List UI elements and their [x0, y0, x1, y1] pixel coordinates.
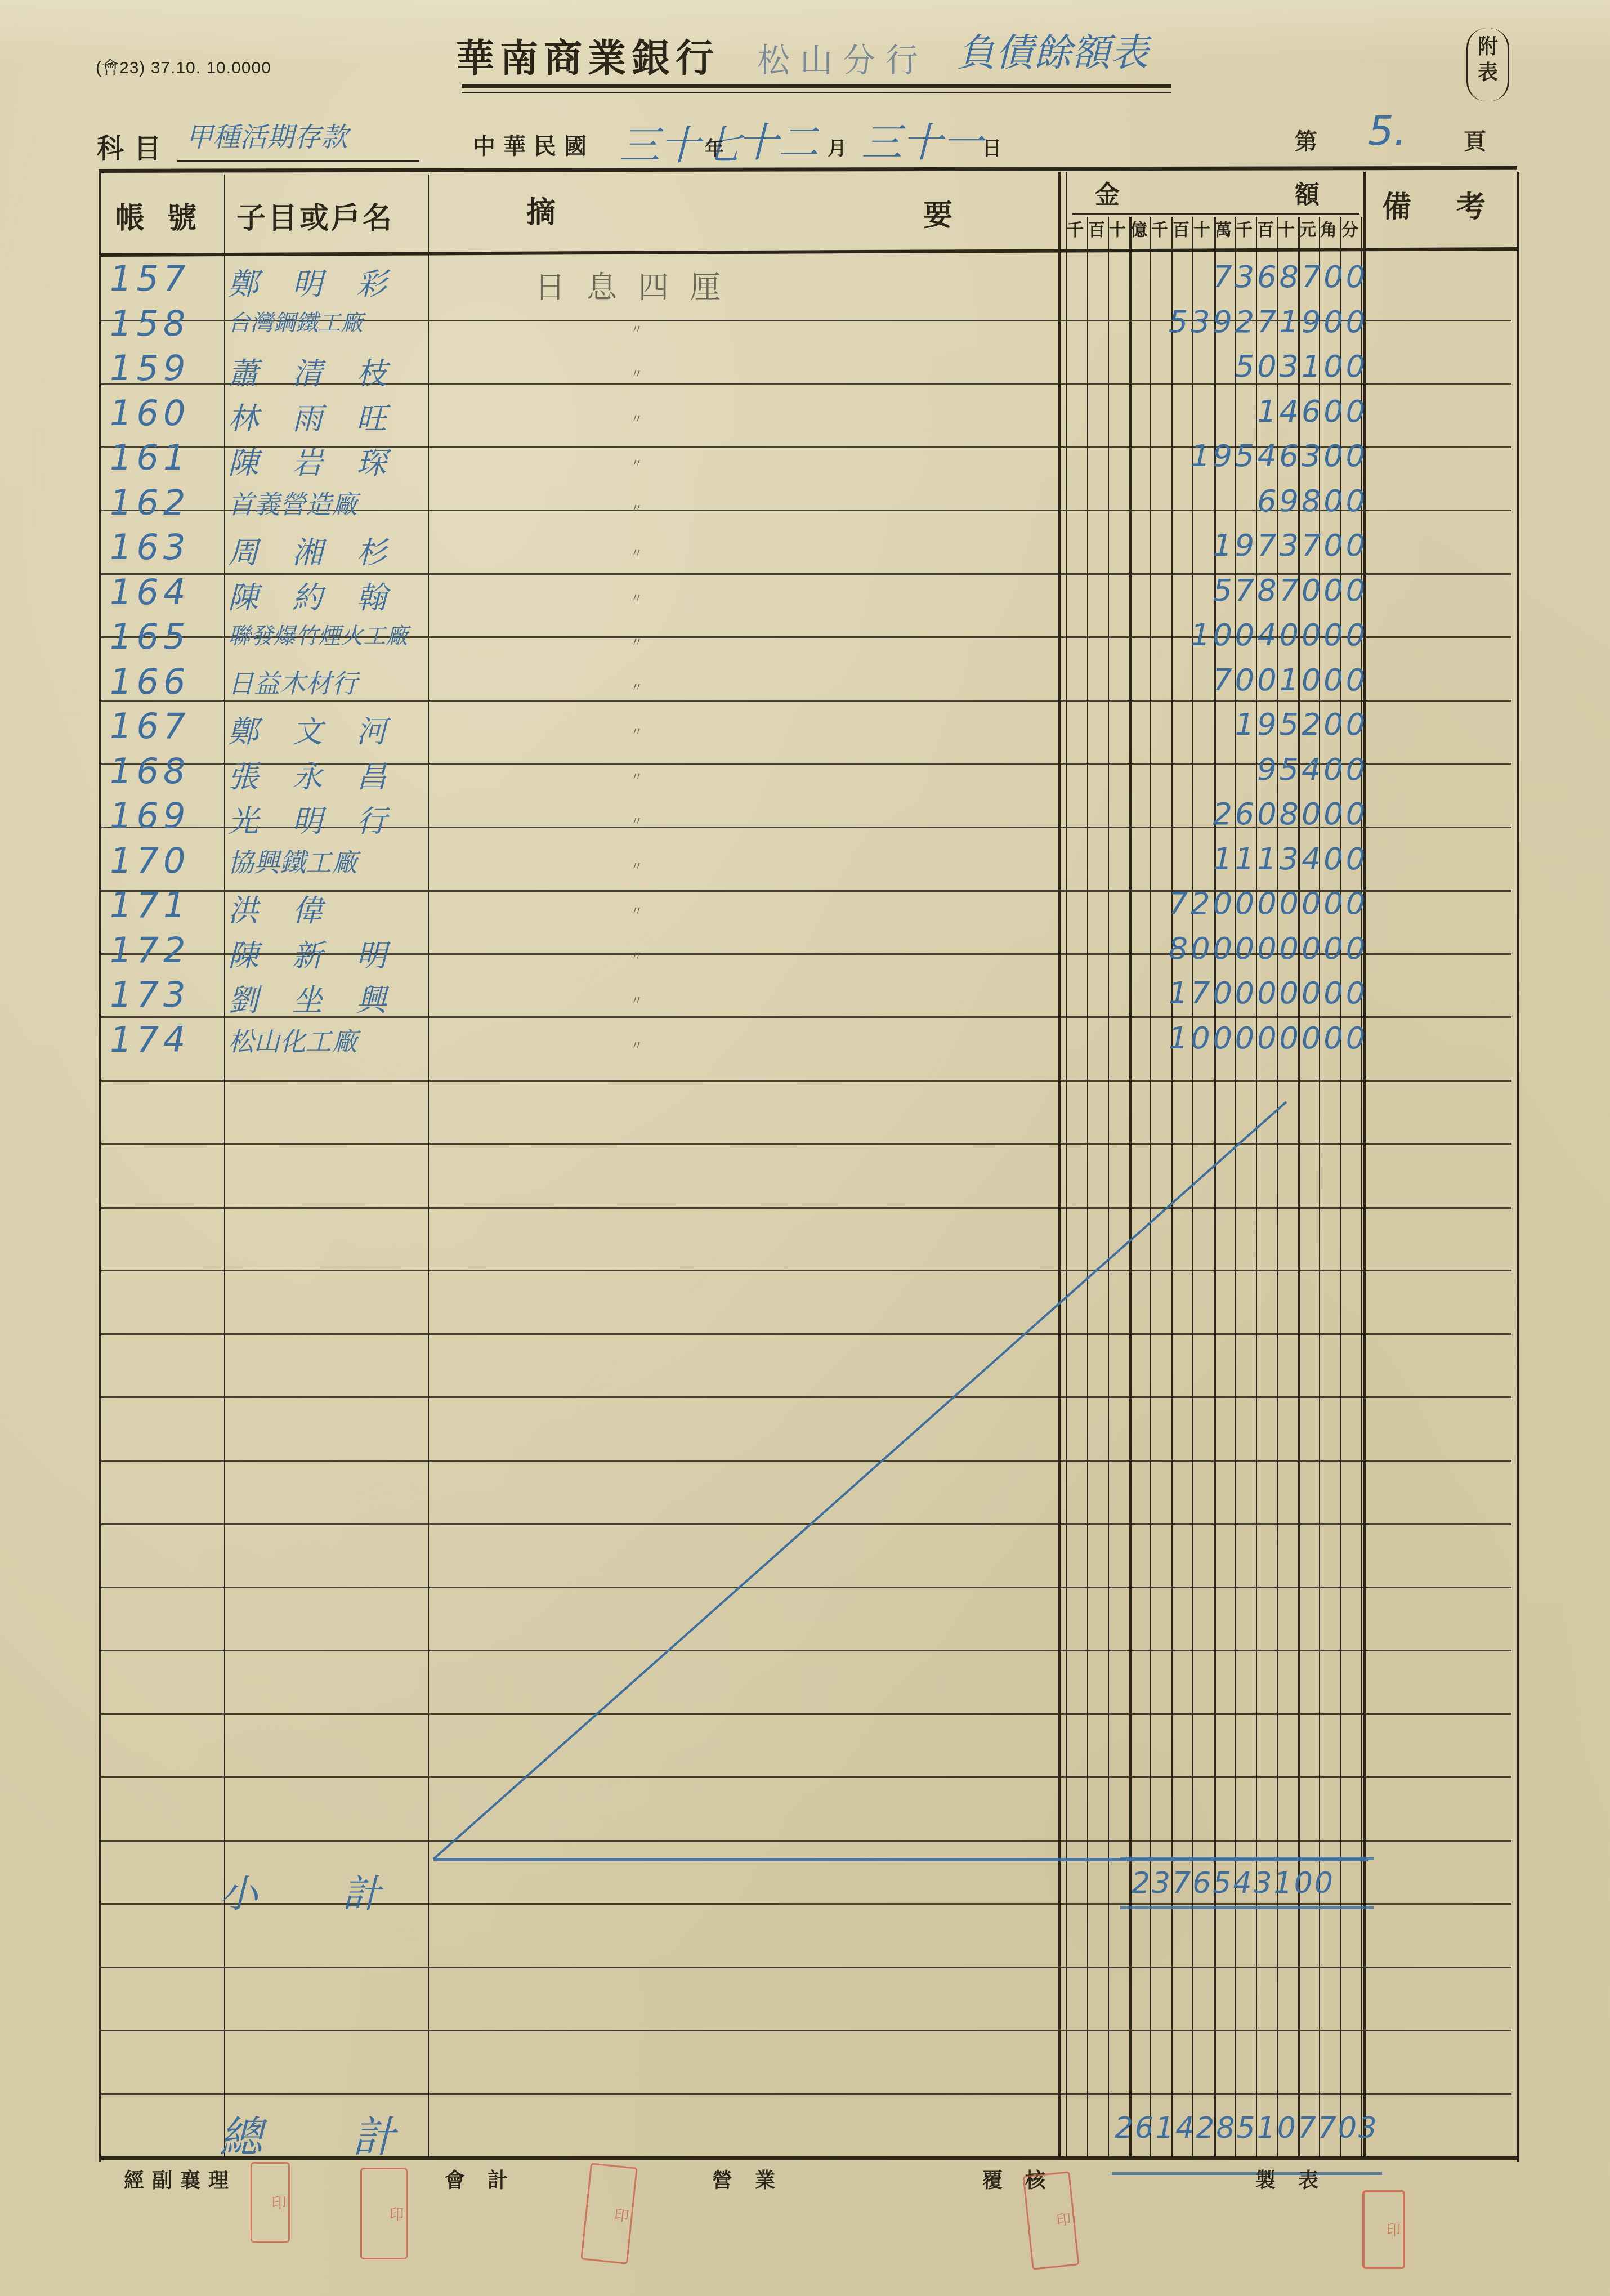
column-divider — [428, 175, 429, 2159]
amount: 10040000 — [1191, 617, 1368, 653]
bank-name: 華南商業銀行 — [456, 28, 719, 83]
subtotal-rule-top — [1120, 1857, 1374, 1860]
seal-stamp: 印 — [1022, 2171, 1079, 2270]
amount: 720000000 — [1169, 886, 1368, 921]
memo-ditto-mark: 〃 — [630, 812, 643, 829]
account-number: 157 — [110, 258, 190, 299]
amount: 14600 — [1257, 394, 1368, 429]
memo-ditto-mark: 〃 — [630, 409, 643, 427]
signoff-accounting: 會計 — [445, 2165, 530, 2194]
digit-header: 十 — [1109, 216, 1126, 240]
digit-header: 百 — [1257, 216, 1274, 240]
account-holder-name: 陳新明 — [228, 932, 421, 975]
digit-header: 億 — [1130, 216, 1147, 240]
seal-stamp: 印 — [580, 2163, 638, 2264]
date-month-unit: 月 — [828, 133, 847, 160]
memo-ditto-mark: 〃 — [630, 499, 643, 516]
digit-header: 元 — [1299, 216, 1316, 240]
account-holder-name: 首義營造廠 — [228, 484, 357, 521]
account-number: 172 — [110, 930, 190, 971]
row-line — [101, 1207, 1511, 1209]
col-header-amount-left: 金 — [1095, 175, 1120, 211]
row-line — [101, 1523, 1511, 1525]
digit-header: 十 — [1193, 216, 1210, 240]
row-line — [101, 1967, 1511, 1968]
row-line — [101, 1460, 1511, 1462]
account-holder-name: 林雨旺 — [228, 395, 421, 438]
date-prefix: 中華民國 — [473, 128, 594, 160]
column-divider — [224, 175, 225, 2159]
account-holder-name: 協興鐵工廠 — [228, 842, 357, 879]
seal-stamp: 印 — [360, 2168, 408, 2259]
account-number: 174 — [110, 1019, 190, 1060]
seal-stamp: 印 — [251, 2162, 290, 2243]
row-line — [101, 1650, 1511, 1651]
account-holder-name: 台灣鋼鐵工廠 — [228, 305, 363, 337]
account-holder-name: 鄭明彩 — [228, 260, 421, 303]
amount-header-rule — [1072, 213, 1359, 215]
date-month: 十二 — [737, 110, 819, 168]
amount: 539271900 — [1169, 304, 1368, 340]
appendix-mark: 附表 — [1466, 28, 1509, 101]
col-header-summary-right: 要 — [923, 191, 952, 234]
account-number: 164 — [110, 571, 190, 613]
account-number: 163 — [110, 526, 190, 568]
amount: 7368700 — [1213, 259, 1368, 294]
amount: 195200 — [1235, 707, 1368, 742]
seal-stamp: 印 — [1362, 2190, 1405, 2269]
digit-header: 百 — [1088, 216, 1105, 240]
account-holder-name: 洪偉 — [228, 887, 356, 930]
subject-label: 科目 — [97, 127, 171, 166]
amount: 170000000 — [1169, 975, 1368, 1011]
row-line — [101, 1270, 1511, 1271]
row-line — [101, 1776, 1511, 1778]
date-day-unit: 日 — [982, 133, 1001, 160]
amount: 95400 — [1257, 752, 1368, 787]
col-header-account: 帳號 — [115, 194, 219, 236]
report-name: 負債餘額表 — [957, 23, 1148, 77]
digit-header: 百 — [1173, 216, 1189, 240]
account-number: 167 — [110, 705, 190, 747]
row-line — [101, 1840, 1511, 1842]
account-number: 160 — [110, 392, 190, 434]
memo-ditto-mark: 〃 — [630, 1036, 643, 1053]
digit-header: 十 — [1278, 216, 1295, 240]
account-number: 166 — [110, 661, 190, 702]
account-holder-name: 松山化工廠 — [228, 1021, 357, 1058]
row-line — [101, 1587, 1511, 1588]
amount: 1973700 — [1213, 528, 1368, 563]
signoff-manager: 經副襄理 — [124, 2165, 236, 2194]
amount: 7001000 — [1213, 662, 1368, 698]
memo-ditto-mark: 〃 — [630, 454, 643, 471]
memo-ditto-mark: 〃 — [630, 633, 643, 650]
account-number: 170 — [110, 840, 190, 881]
subject-value: 甲種活期存款 — [186, 115, 348, 154]
page-unit: 頁 — [1464, 124, 1486, 156]
account-number: 169 — [110, 795, 190, 836]
account-holder-name: 鄭文河 — [228, 708, 421, 751]
row-line — [101, 2030, 1511, 2031]
memo-ditto-mark: 〃 — [630, 901, 643, 919]
memo-ditto-mark: 〃 — [630, 364, 643, 382]
row-line — [101, 1713, 1511, 1715]
form-code: (會23) 37.10. 10.0000 — [96, 53, 271, 78]
account-number: 158 — [110, 303, 190, 344]
memo-text: 日息四厘 — [535, 263, 742, 307]
digit-column-line — [1108, 217, 1109, 2159]
date-day: 三十一 — [861, 110, 983, 168]
memo-ditto-mark: 〃 — [630, 588, 643, 606]
digit-header: 千 — [1236, 216, 1253, 240]
account-holder-name: 陳岩琛 — [228, 439, 421, 483]
page-label: 第 — [1295, 124, 1317, 156]
row-line — [101, 1143, 1511, 1145]
subject-underline — [177, 160, 419, 162]
account-number: 173 — [110, 974, 190, 1015]
account-holder-name: 蕭清枝 — [228, 350, 421, 393]
amount: 1113400 — [1213, 841, 1368, 877]
digit-header: 角 — [1320, 216, 1337, 240]
subtotal-amount: 2376543100 — [1132, 1866, 1335, 1900]
memo-ditto-mark: 〃 — [630, 857, 643, 874]
branch-name: 松山分行 — [757, 34, 928, 81]
digit-column-line — [1087, 217, 1088, 2159]
signoff-business: 營業 — [712, 2165, 798, 2194]
amount: 100000000 — [1169, 1020, 1368, 1056]
amount: 69800 — [1257, 483, 1368, 519]
memo-ditto-mark: 〃 — [630, 543, 643, 561]
total-amount: 2614285107703 — [1115, 2111, 1379, 2145]
digit-header: 千 — [1067, 216, 1084, 240]
row-line — [101, 1396, 1511, 1398]
row-line — [101, 2093, 1511, 2095]
col-header-summary-left: 摘 — [526, 189, 556, 231]
account-number: 162 — [110, 482, 190, 523]
account-holder-name: 光明行 — [228, 797, 421, 841]
date-year-unit: 年 — [705, 133, 724, 160]
account-number: 159 — [110, 347, 190, 388]
col-header-name: 子目或戶名 — [236, 194, 394, 236]
total-rule — [1112, 2172, 1382, 2175]
amount: 19546300 — [1191, 438, 1368, 474]
row-line — [101, 1333, 1511, 1335]
memo-ditto-mark: 〃 — [630, 678, 643, 695]
amount: 503100 — [1235, 349, 1368, 384]
page-number: 5. — [1368, 107, 1407, 154]
account-holder-name: 陳約翰 — [228, 574, 421, 617]
memo-ditto-mark: 〃 — [630, 722, 643, 740]
amount: 800000000 — [1169, 931, 1368, 966]
amount: 2608000 — [1213, 796, 1368, 832]
title-underline — [462, 84, 1171, 88]
account-number: 168 — [110, 751, 190, 792]
account-holder-name: 聯發爆竹煙火工廠 — [228, 618, 408, 650]
digit-header: 萬 — [1215, 216, 1232, 240]
memo-ditto-mark: 〃 — [630, 946, 643, 964]
signoff-prepared: 製表 — [1255, 2165, 1341, 2194]
account-holder-name: 張永昌 — [228, 753, 421, 796]
memo-ditto-mark: 〃 — [630, 991, 643, 1008]
account-holder-name: 日益木材行 — [228, 663, 357, 700]
account-number: 171 — [110, 885, 190, 926]
total-label: 總計 — [220, 2103, 485, 2164]
col-header-amount-right: 額 — [1295, 175, 1320, 211]
digit-header: 千 — [1151, 216, 1168, 240]
digit-header: 分 — [1341, 216, 1358, 240]
account-number: 165 — [110, 616, 190, 657]
title-underline — [462, 92, 1171, 93]
account-holder-name: 周湘杉 — [228, 529, 421, 572]
account-number: 161 — [110, 437, 190, 478]
col-header-remarks: 備考 — [1382, 183, 1531, 225]
account-holder-name: 劉坐興 — [228, 976, 421, 1020]
memo-ditto-mark: 〃 — [630, 320, 643, 337]
amount: 5787000 — [1213, 573, 1368, 608]
row-line — [101, 1080, 1511, 1082]
subtotal-rule-bottom — [1120, 1906, 1374, 1909]
memo-ditto-mark: 〃 — [630, 767, 643, 785]
subtotal-label: 小計 — [220, 1864, 465, 1918]
